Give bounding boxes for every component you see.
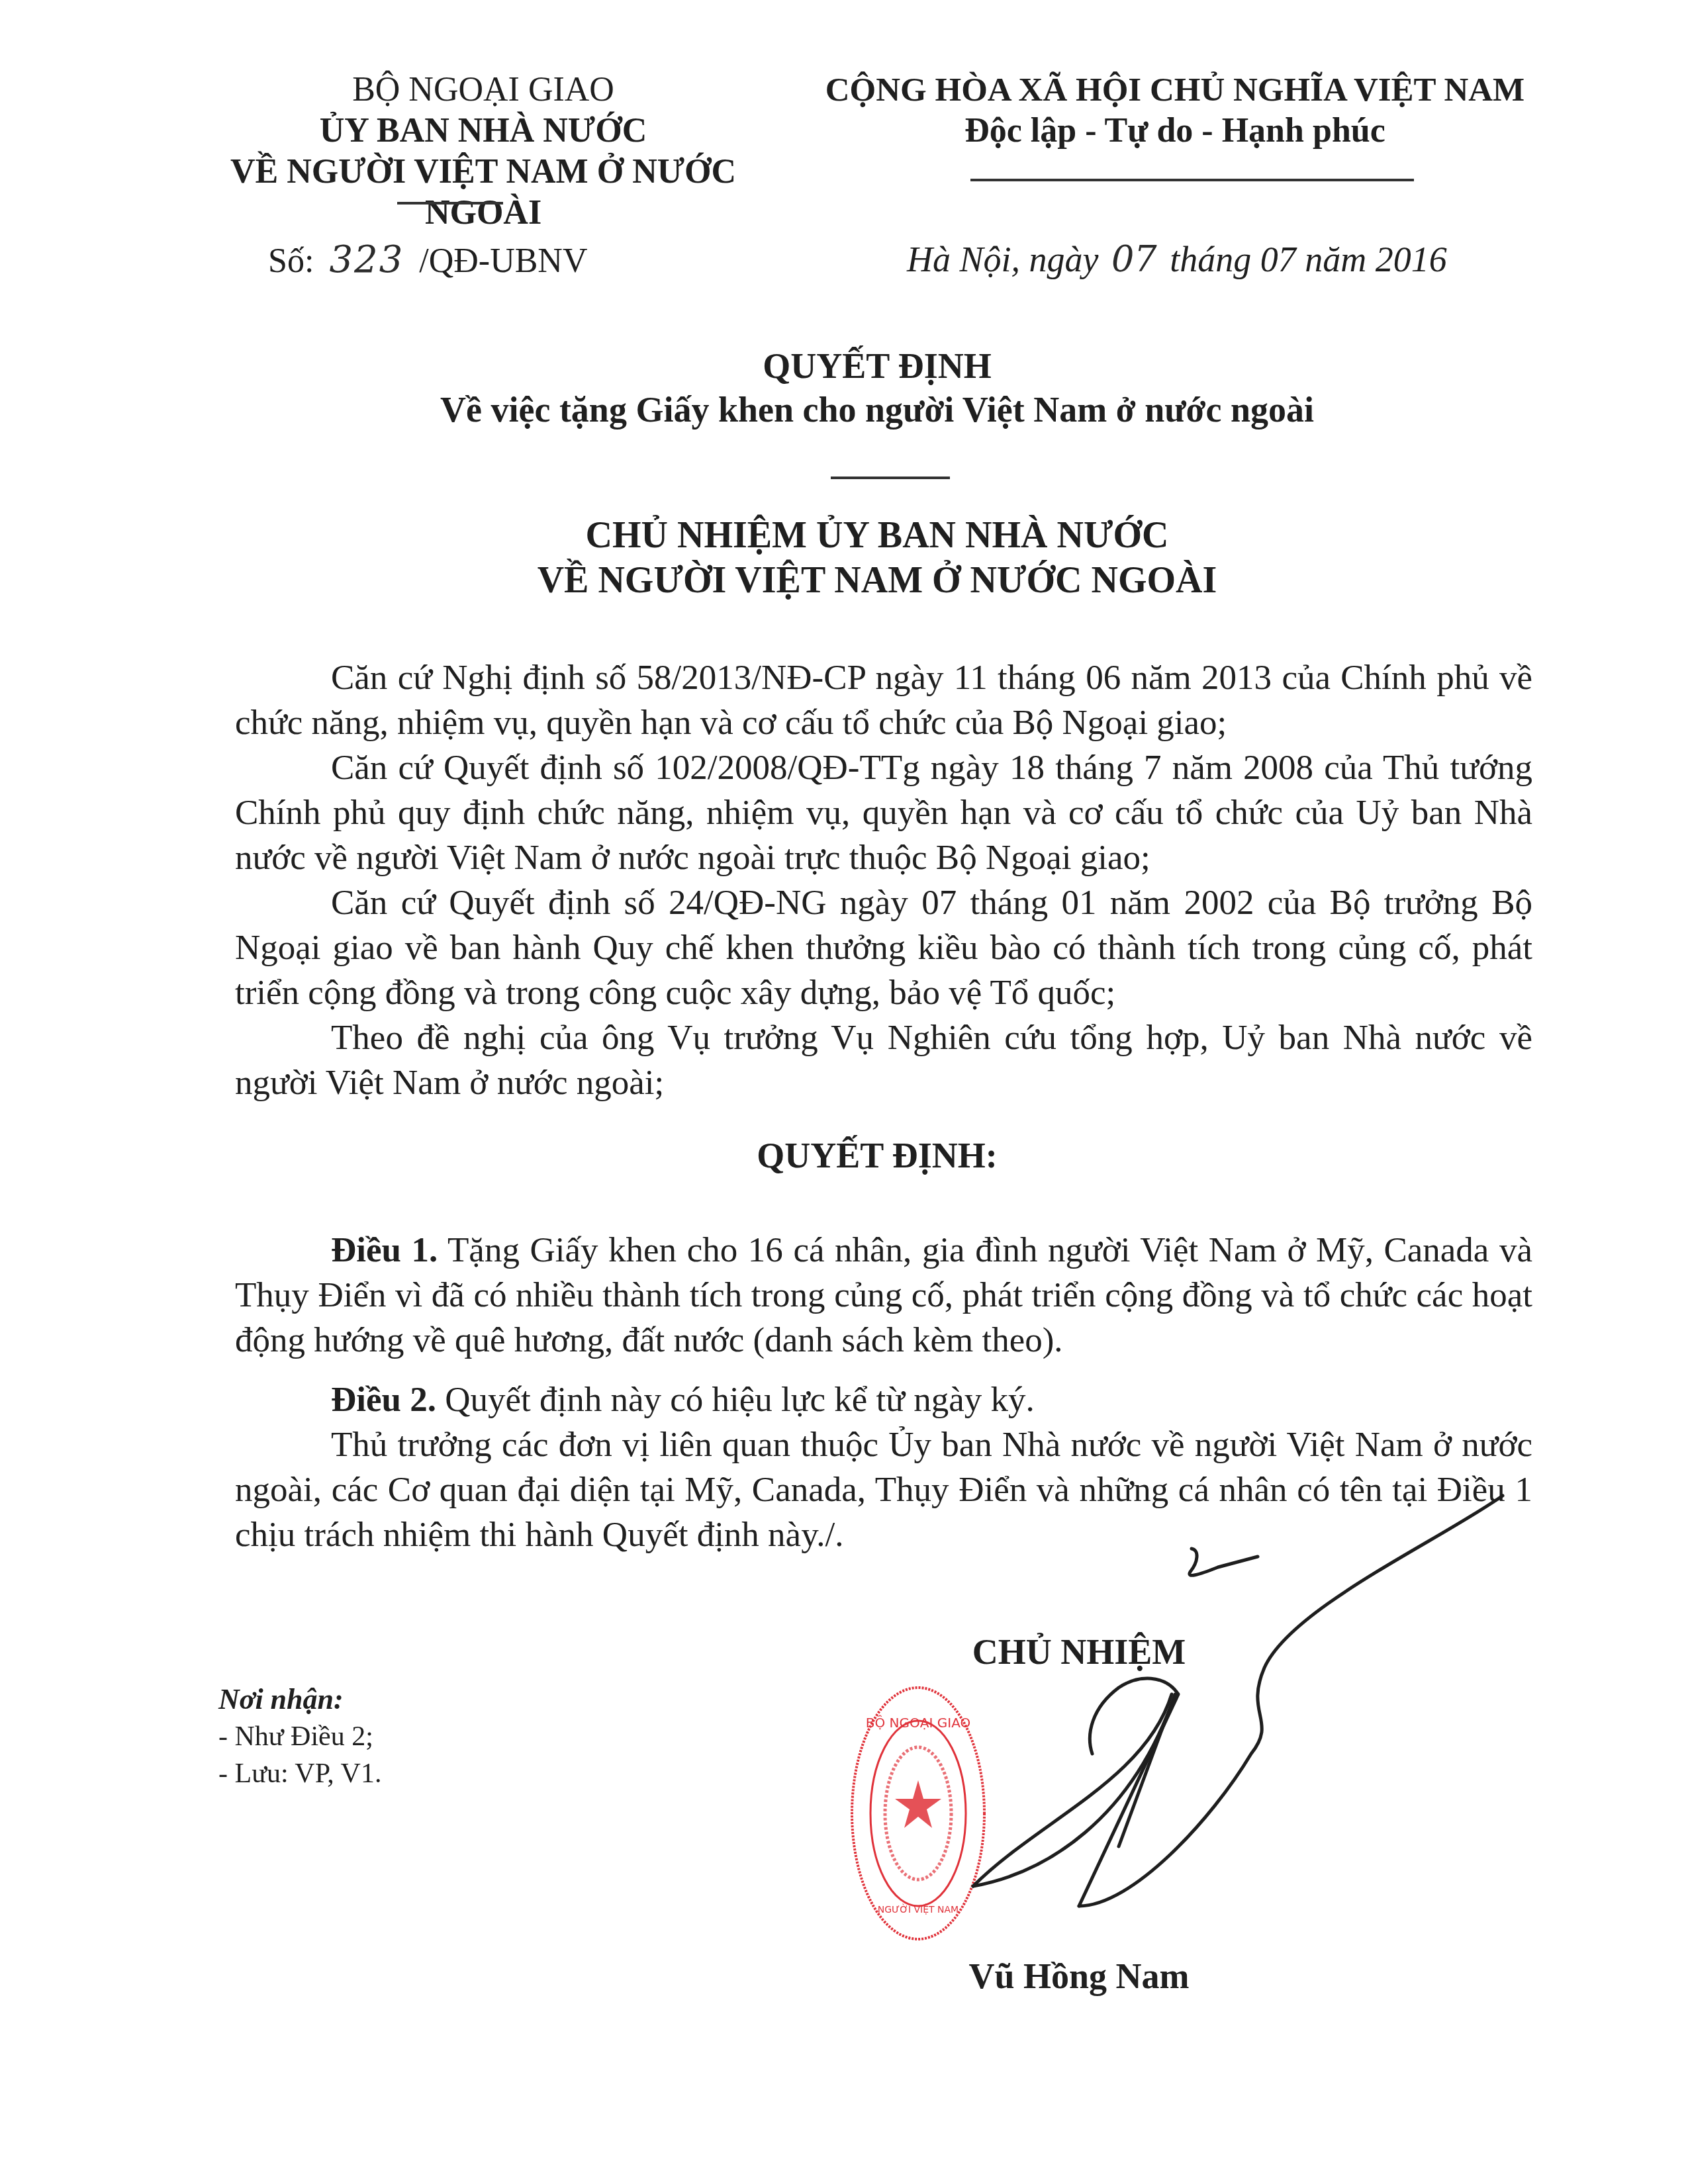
signer-title: CHỦ NHIỆM — [914, 1631, 1244, 1672]
committee-name: ỦY BAN NHÀ NƯỚC — [199, 111, 768, 152]
responsibility-clause: Thủ trưởng các đơn vị liên quan thuộc Ủy… — [235, 1422, 1532, 1557]
signer-name: Vũ Hồng Nam — [914, 1956, 1244, 1997]
handwritten-day: 07 — [1111, 238, 1157, 280]
recipient-item: - Như Điều 2; — [218, 1718, 381, 1755]
legal-basis-1: Căn cứ Nghị định số 58/2013/NĐ-CP ngày 1… — [235, 655, 1532, 745]
date-prefix: Hà Nội, ngày — [907, 240, 1099, 279]
committee-scope: VỀ NGƯỜI VIỆT NAM Ở NƯỚC NGOÀI — [199, 152, 768, 234]
authority-line-1: CHỦ NHIỆM ỦY BAN NHÀ NƯỚC — [199, 513, 1556, 558]
preamble: Căn cứ Nghị định số 58/2013/NĐ-CP ngày 1… — [235, 655, 1532, 1105]
proposal-basis: Theo đề nghị của ông Vụ trưởng Vụ Nghiên… — [235, 1015, 1532, 1105]
article-2: Điều 2. Quyết định này có hiệu lực kể từ… — [235, 1377, 1532, 1422]
issuing-authority: CHỦ NHIỆM ỦY BAN NHÀ NƯỚC VỀ NGƯỜI VIỆT … — [199, 513, 1556, 603]
authority-line-2: VỀ NGƯỜI VIỆT NAM Ở NƯỚC NGOÀI — [199, 558, 1556, 603]
articles: Điều 1. Tặng Giấy khen cho 16 cá nhân, g… — [235, 1228, 1532, 1557]
title-heading: QUYẾT ĐỊNH — [199, 344, 1556, 388]
svg-text:NGƯỜI VIỆT NAM: NGƯỜI VIỆT NAM — [878, 1903, 959, 1915]
document-number: Số: 323 /QĐ-UBNV — [268, 238, 587, 281]
article-1-label: Điều 1. — [331, 1231, 438, 1269]
initial-mark-icon — [1178, 1542, 1271, 1588]
number-prefix: Số: — [268, 242, 314, 280]
issue-date: Hà Nội, ngày 07 tháng 07 năm 2016 — [907, 238, 1447, 280]
article-2-label: Điều 2. — [331, 1381, 436, 1419]
recipient-item: - Lưu: VP, V1. — [218, 1755, 381, 1792]
ministry-name: BỘ NGOẠI GIAO — [199, 69, 768, 111]
number-suffix: /QĐ-UBNV — [419, 242, 587, 280]
document-title: QUYẾT ĐỊNH Về việc tặng Giấy khen cho ng… — [199, 344, 1556, 432]
decision-heading: QUYẾT ĐỊNH: — [199, 1135, 1556, 1176]
motto-divider — [970, 179, 1414, 181]
official-seal-icon: BỘ NGOẠI GIAO NGƯỜI VIỆT NAM — [849, 1681, 988, 1946]
country-name: CỘNG HÒA XÃ HỘI CHỦ NGHĨA VIỆT NAM — [794, 69, 1556, 111]
svg-text:BỘ NGOẠI GIAO: BỘ NGOẠI GIAO — [866, 1715, 970, 1731]
title-subject: Về việc tặng Giấy khen cho người Việt Na… — [199, 388, 1556, 432]
national-header: CỘNG HÒA XÃ HỘI CHỦ NGHĨA VIỆT NAM Độc l… — [794, 69, 1556, 152]
issuing-agency: BỘ NGOẠI GIAO ỦY BAN NHÀ NƯỚC VỀ NGƯỜI V… — [199, 69, 768, 234]
recipients-heading: Nơi nhận: — [218, 1681, 381, 1718]
national-motto: Độc lập - Tự do - Hạnh phúc — [794, 111, 1556, 152]
handwritten-number: 323 — [329, 238, 404, 281]
title-divider — [831, 477, 950, 479]
legal-basis-3: Căn cứ Quyết định số 24/QĐ-NG ngày 07 th… — [235, 880, 1532, 1015]
legal-basis-2: Căn cứ Quyết định số 102/2008/QĐ-TTg ngà… — [235, 745, 1532, 880]
recipients: Nơi nhận: - Như Điều 2; - Lưu: VP, V1. — [218, 1681, 381, 1792]
agency-divider — [397, 202, 503, 205]
date-suffix: tháng 07 năm 2016 — [1170, 240, 1447, 279]
article-2-text: Quyết định này có hiệu lực kể từ ngày ký… — [445, 1381, 1035, 1419]
article-1: Điều 1. Tặng Giấy khen cho 16 cá nhân, g… — [235, 1228, 1532, 1363]
